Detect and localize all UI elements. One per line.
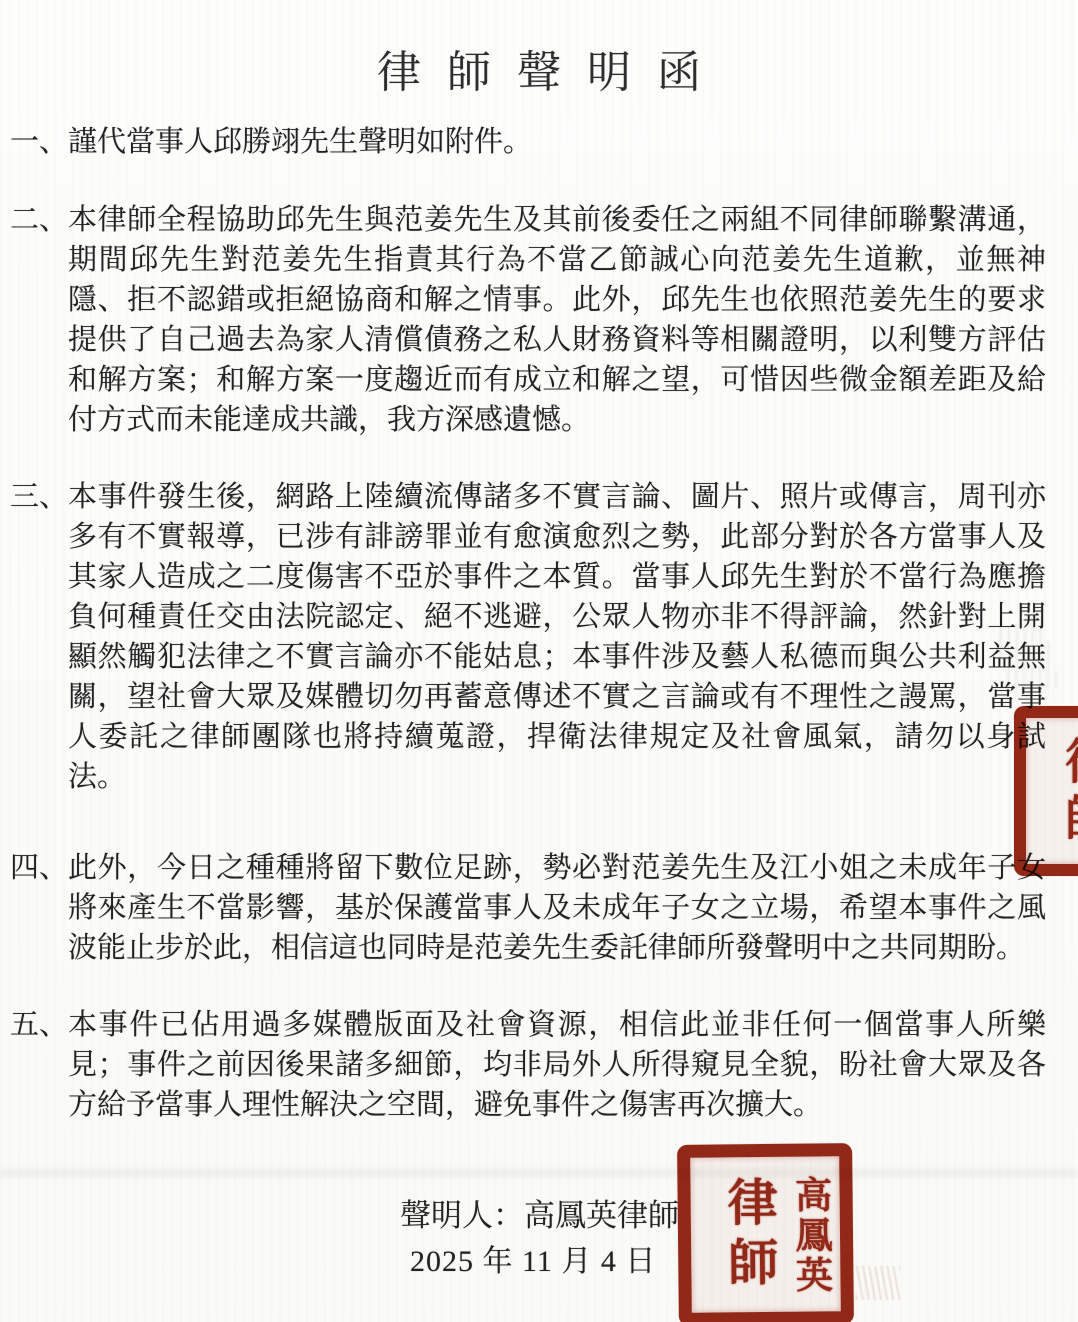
margin-seal-text: 高鳳英 律師 (1026, 718, 1078, 864)
faint-red-smudge (856, 1266, 900, 1300)
statement-item-2: 二、 本律師全程協助邱先生與范姜先生及其前後委任之兩組不同律師聯繫溝通，期間邱先… (10, 200, 1046, 440)
lawyer-name-seal: 高鳳英 律師 (677, 1143, 854, 1322)
item-1-marker: 一、 (10, 122, 68, 162)
margin-lawyer-seal: 高鳳英 律師 (1014, 706, 1078, 876)
statement-letter-page: 律師聲明函 一、 謹代當事人邱勝翊先生聲明如附件。 二、 本律師全程協助邱先生與… (0, 0, 1078, 1322)
declarant-line: 聲明人：高鳳英律師 (400, 1190, 679, 1235)
item-2-marker: 二、 (10, 200, 68, 240)
seal-column-title: 律師 (718, 1157, 780, 1313)
document-title: 律師聲明函 (0, 36, 1078, 100)
seal-column-name: 高鳳英 (778, 1156, 841, 1312)
statement-item-3: 三、 本事件發生後，網路上陸續流傳諸多不實言論、圖片、照片或傳言，周刊亦多有不實… (10, 477, 1046, 797)
scan-streak (0, 1168, 1078, 1178)
item-5-text: 本事件已佔用過多媒體版面及社會資源，相信此並非任何一個當事人所樂見；事件之前因後… (68, 1005, 1046, 1125)
statement-item-4: 四、 此外，今日之種種將留下數位足跡，勢必對范姜先生及江小姐之未成年子女將來產生… (10, 848, 1046, 968)
item-1-text: 謹代當事人邱勝翊先生聲明如附件。 (68, 122, 1046, 162)
margin-seal-column-title: 律師 (1054, 718, 1078, 864)
item-4-text: 此外，今日之種種將留下數位足跡，勢必對范姜先生及江小姐之未成年子女將來產生不當影… (68, 848, 1046, 968)
statement-item-5: 五、 本事件已佔用過多媒體版面及社會資源，相信此並非任何一個當事人所樂見；事件之… (10, 1005, 1046, 1125)
lawyer-name-seal-text: 高鳳英 律師 (690, 1156, 841, 1313)
date-line: 2025 年 11 月 4 日 (410, 1236, 656, 1280)
statement-item-1: 一、 謹代當事人邱勝翊先生聲明如附件。 (10, 122, 1046, 162)
item-3-marker: 三、 (10, 477, 68, 517)
item-4-marker: 四、 (10, 848, 68, 888)
item-5-marker: 五、 (10, 1005, 68, 1045)
item-2-text: 本律師全程協助邱先生與范姜先生及其前後委任之兩組不同律師聯繫溝通，期間邱先生對范… (68, 200, 1046, 440)
item-3-text: 本事件發生後，網路上陸續流傳諸多不實言論、圖片、照片或傳言，周刊亦多有不實報導，… (68, 477, 1046, 797)
